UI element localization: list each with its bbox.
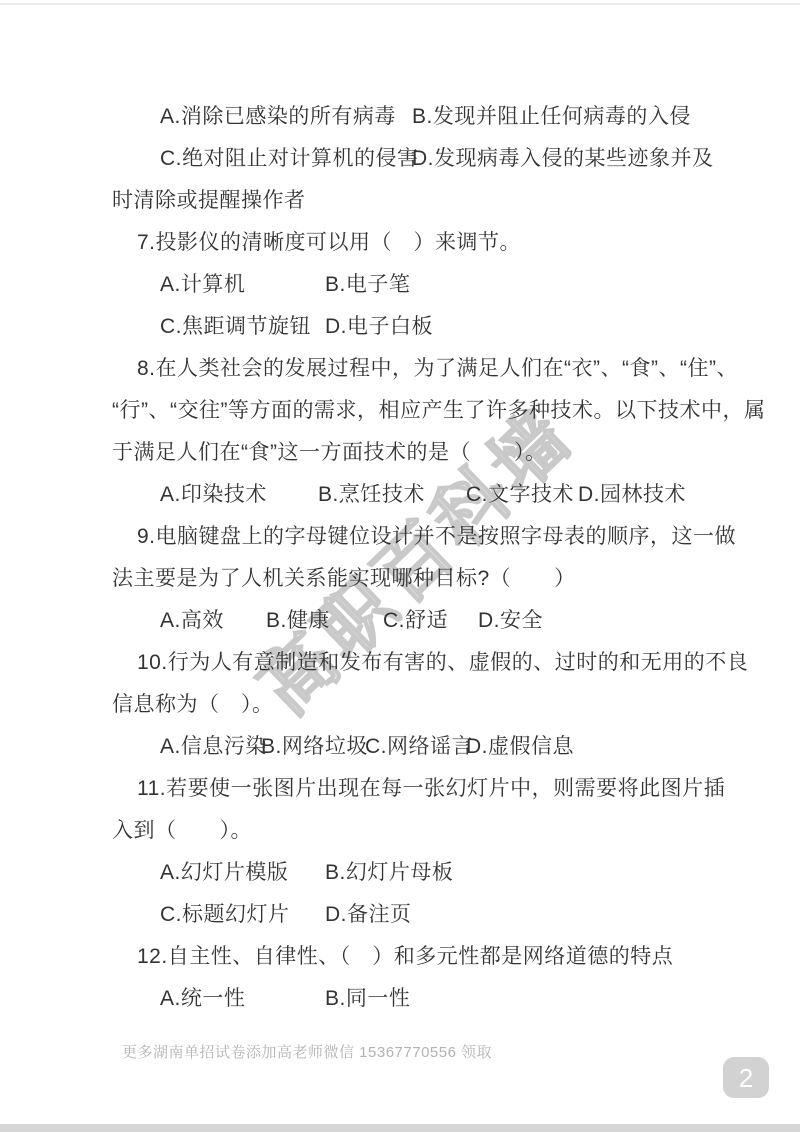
q12-stem: 12.自主性、自律性、（ ）和多元性都是网络道德的特点	[0, 936, 800, 978]
q9-option-row: A.高效B.健康C.舒适D.安全	[0, 600, 800, 642]
q6-option-row-2: C.绝对阻止对计算机的侵害D.发现病毒入侵的某些迹象并及	[0, 138, 800, 180]
q6-option-d-wrap-line: 时清除或提醒操作者	[0, 180, 800, 222]
q9-option-d: D.安全	[478, 609, 543, 632]
q7-option-d: D.电子白板	[325, 315, 433, 338]
q10-stem-line-2: 信息称为（ ）。	[0, 684, 800, 726]
q11-option-c: C.标题幻灯片	[160, 894, 325, 936]
q9-stem-line-2: 法主要是为了人机关系能实现哪种目标?（ ）	[0, 558, 800, 600]
q10-option-c: C.网络谣言	[365, 726, 466, 768]
q8-option-c: C.文字技术	[466, 474, 578, 516]
page-number-badge: 2	[723, 1057, 769, 1098]
q6-option-c: C.绝对阻止对计算机的侵害	[160, 138, 412, 180]
q9-option-c: C.舒适	[383, 600, 478, 642]
q7-option-row-2: C.焦距调节旋钮D.电子白板	[0, 306, 800, 348]
q6-option-b: B.发现并阻止任何病毒的入侵	[412, 105, 691, 128]
q12-option-row: A.统一性B.同一性	[0, 978, 800, 1020]
q8-option-b: B.烹饪技术	[318, 474, 466, 516]
q6-option-row-1: A.消除已感染的所有病毒B.发现并阻止任何病毒的入侵	[0, 96, 800, 138]
q6-option-d: D.发现病毒入侵的某些迹象并及	[412, 147, 714, 170]
q10-option-a: A.信息污染	[160, 726, 261, 768]
footer-note: 更多湖南单招试卷添加高老师微信 15367770556 领取	[122, 1043, 492, 1063]
q9-option-b: B.健康	[266, 600, 383, 642]
q8-option-d: D.园林技术	[578, 483, 686, 506]
q11-option-a: A.幻灯片模版	[160, 852, 325, 894]
page-number: 2	[739, 1065, 753, 1091]
q7-stem: 7.投影仪的清晰度可以用（ ）来调节。	[0, 222, 800, 264]
q11-option-row-2: C.标题幻灯片D.备注页	[0, 894, 800, 936]
q8-option-a: A.印染技术	[160, 474, 318, 516]
bottom-strip	[0, 1124, 800, 1132]
q9-stem-line-1: 9.电脑键盘上的字母键位设计并不是按照字母表的顺序，这一做	[0, 516, 800, 558]
q7-option-a: A.计算机	[160, 264, 325, 306]
exam-content: A.消除已感染的所有病毒B.发现并阻止任何病毒的入侵 C.绝对阻止对计算机的侵害…	[0, 96, 800, 1020]
q12-option-b: B.同一性	[325, 987, 410, 1010]
q11-stem-line-1: 11.若要使一张图片出现在每一张幻灯片中，则需要将此图片插	[0, 768, 800, 810]
q8-stem-line-3: 于满足人们在“食”这一方面技术的是（ ）。	[0, 432, 800, 474]
q11-option-d: D.备注页	[325, 903, 412, 926]
q7-option-row-1: A.计算机B.电子笔	[0, 264, 800, 306]
q7-option-b: B.电子笔	[325, 273, 410, 296]
q10-option-b: B.网络垃圾	[261, 726, 365, 768]
q12-option-a: A.统一性	[160, 978, 325, 1020]
page-top-divider	[0, 3, 800, 5]
q8-stem-line-1: 8.在人类社会的发展过程中，为了满足人们在“衣”、“食”、“住”、	[0, 348, 800, 390]
q9-option-a: A.高效	[160, 600, 266, 642]
q6-option-a: A.消除已感染的所有病毒	[160, 96, 412, 138]
q10-stem-line-1: 10.行为人有意制造和发布有害的、虚假的、过时的和无用的不良	[0, 642, 800, 684]
exam-scan-page: 高职百科墙 A.消除已感染的所有病毒B.发现并阻止任何病毒的入侵 C.绝对阻止对…	[0, 0, 800, 1132]
q10-option-row: A.信息污染B.网络垃圾C.网络谣言D.虚假信息	[0, 726, 800, 768]
q8-stem-line-2: “行”、“交往”等方面的需求，相应产生了许多种技术。以下技术中，属	[0, 390, 800, 432]
q11-option-row-1: A.幻灯片模版B.幻灯片母板	[0, 852, 800, 894]
q8-option-row: A.印染技术B.烹饪技术C.文字技术D.园林技术	[0, 474, 800, 516]
q11-option-b: B.幻灯片母板	[325, 861, 453, 884]
q11-stem-line-2: 入到（ ）。	[0, 810, 800, 852]
q10-option-d: D.虚假信息	[466, 735, 574, 758]
q7-option-c: C.焦距调节旋钮	[160, 306, 325, 348]
